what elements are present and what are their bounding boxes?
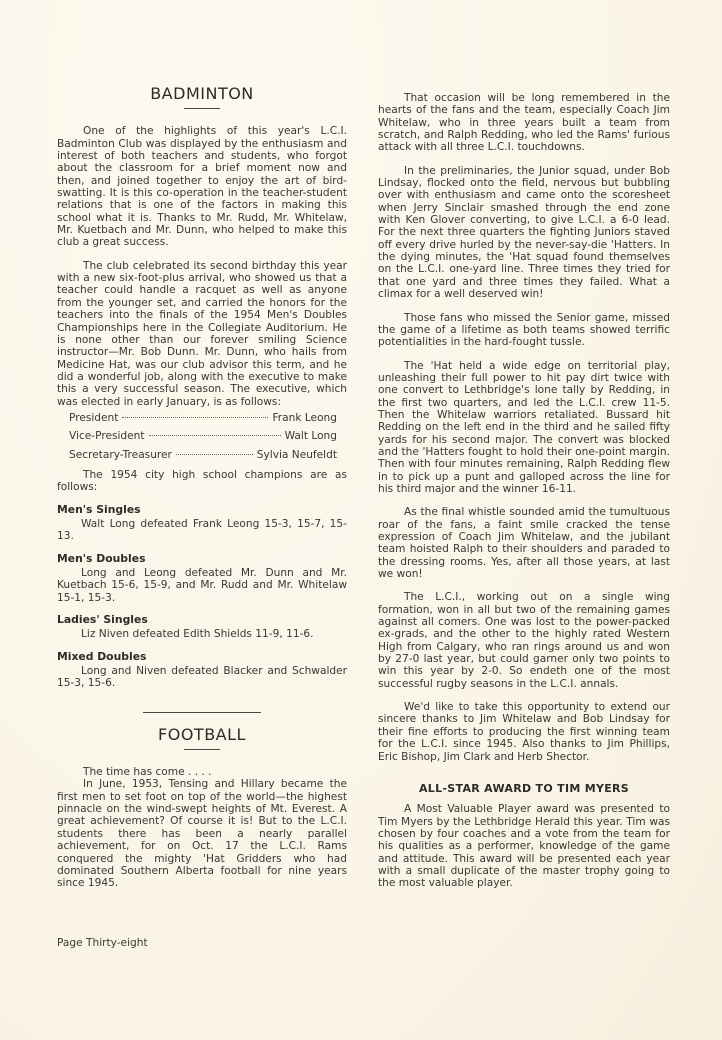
football-paragraph: We'd like to take this opportunity to ex… <box>378 701 670 763</box>
football-lead: The time has come . . . . <box>57 766 347 778</box>
badminton-paragraph: The club celebrated its second birthday … <box>57 260 347 408</box>
football-paragraph: Those fans who missed the Senior game, m… <box>378 312 670 349</box>
officer-role: President <box>69 412 118 424</box>
event-result: Long and Niven defeated Blacker and Schw… <box>57 665 347 690</box>
badminton-title: BADMINTON <box>57 88 347 100</box>
event-result: Walt Long defeated Frank Leong 15-3, 15-… <box>57 518 347 543</box>
event-title: Men's Doubles <box>57 553 347 565</box>
officer-name: Sylvia Neufeldt <box>257 449 337 461</box>
officer-row: President Frank Leong <box>69 412 337 424</box>
football-paragraph: In June, 1953, Tensing and Hillary becam… <box>57 778 347 889</box>
right-column: That occasion will be long remembered in… <box>378 92 670 901</box>
event-result: Liz Niven defeated Edith Shields 11-9, 1… <box>57 628 347 640</box>
officer-name: Frank Leong <box>272 412 337 424</box>
page-number: Page Thirty-eight <box>57 937 148 949</box>
football-paragraph: As the final whistle sounded amid the tu… <box>378 506 670 580</box>
section-divider <box>143 712 261 713</box>
left-column: BADMINTON One of the highlights of this … <box>57 88 347 901</box>
football-paragraph: That occasion will be long remembered in… <box>378 92 670 154</box>
event-title: Men's Singles <box>57 504 347 516</box>
title-rule <box>184 749 220 750</box>
award-title: ALL-STAR AWARD TO TIM MYERS <box>378 783 670 795</box>
officer-role: Vice-President <box>69 430 145 442</box>
leader-dots <box>149 435 281 436</box>
officer-name: Walt Long <box>285 430 337 442</box>
event-result: Long and Leong defeated Mr. Dunn and Mr.… <box>57 567 347 604</box>
title-rule <box>184 108 220 109</box>
officer-role: Secretary-Treasurer <box>69 449 172 461</box>
champions-intro: The 1954 city high school champions are … <box>57 469 347 494</box>
leader-dots <box>122 417 268 418</box>
football-paragraph: In the preliminaries, the Junior squad, … <box>378 165 670 301</box>
officer-row: Vice-President Walt Long <box>69 430 337 442</box>
officer-row: Secretary-Treasurer Sylvia Neufeldt <box>69 449 337 461</box>
football-paragraph: The 'Hat held a wide edge on territorial… <box>378 360 670 496</box>
football-paragraph: The L.C.I., working out on a single wing… <box>378 591 670 690</box>
award-paragraph: A Most Valuable Player award was present… <box>378 803 670 889</box>
event-title: Ladies' Singles <box>57 614 347 626</box>
leader-dots <box>176 454 253 455</box>
event-title: Mixed Doubles <box>57 651 347 663</box>
badminton-paragraph: One of the highlights of this year's L.C… <box>57 125 347 248</box>
football-title: FOOTBALL <box>57 729 347 741</box>
officers-list: President Frank Leong Vice-President Wal… <box>69 412 337 461</box>
